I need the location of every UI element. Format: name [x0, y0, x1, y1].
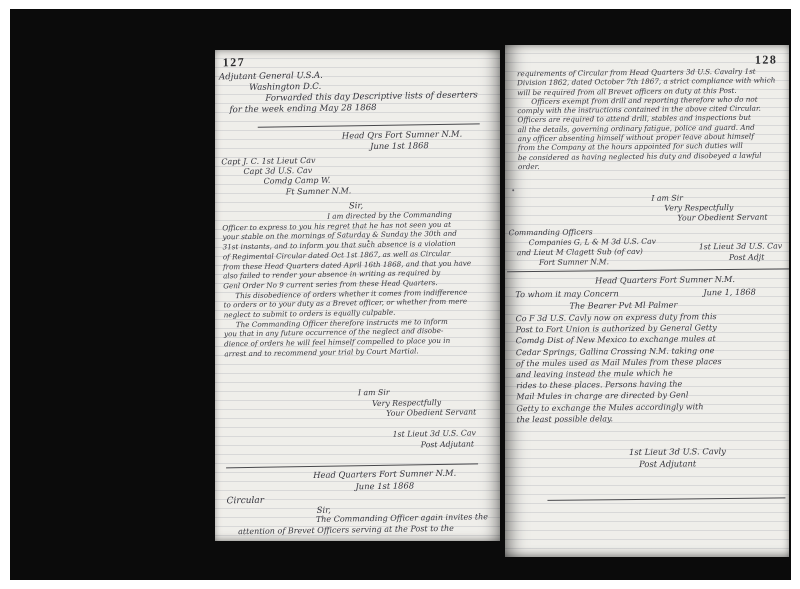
ledger-page-right: 128 requirements of Circular from Head Q…	[505, 45, 789, 557]
section-rule	[258, 123, 480, 127]
address-line: Ft Sumner N.M.	[286, 186, 352, 197]
folio-number-right: 128	[755, 52, 778, 67]
body-line: the least possible delay.	[517, 412, 723, 425]
salutation: Sir,	[349, 200, 363, 210]
closing-line: Your Obedient Servant	[386, 407, 476, 419]
section-rule	[547, 497, 785, 500]
dateline-place: Head Quarters Fort Sumner N.M.	[595, 274, 735, 285]
dateline: Head Quarters Fort Sumner N.M.	[595, 274, 735, 285]
folio-number-left: 127	[223, 55, 246, 70]
address-line: Fort Sumner N.M.	[539, 257, 656, 268]
dateline-date: June 1st 1868	[370, 140, 462, 152]
body-line: Getty to exchange the Mules accordingly …	[516, 401, 722, 414]
addressee-block: Capt J. C. 1st Lieut Cav Capt 3d U.S. Ca…	[221, 155, 351, 198]
signature-block: 1st Lieut 3d U.S. Cavly Post Adjutant	[621, 445, 726, 470]
dateline: Head Qrs Fort Sumner N.M. June 1st 1868	[342, 129, 463, 153]
closing-block: I am Sir Very Respectfully Your Obedient…	[358, 386, 476, 419]
letter-body: I am directed by the Commanding Officer …	[222, 209, 472, 358]
right-page-content: 128 requirements of Circular from Head Q…	[505, 45, 789, 557]
signature-block: 1st Lieut 3d U.S. Cav Post Adjt	[699, 240, 783, 263]
dateline-place: Head Quarters Fort Sumner N.M.	[313, 468, 456, 482]
closing-line: Your Obedient Servant	[677, 213, 767, 224]
ink-speck	[512, 189, 514, 191]
circular-body: The Commanding Officer again invites the…	[238, 511, 488, 537]
to-whom-line: To whom it may Concern	[515, 288, 619, 299]
signature-line: 1st Lieut 3d U.S. Cav	[393, 428, 476, 440]
dateline-date: June 1, 1868	[703, 287, 756, 298]
signature-line: Post Adjutant	[421, 439, 476, 450]
section-rule	[507, 268, 789, 272]
signature-line: Post Adjutant	[639, 457, 726, 470]
signature-line: Post Adjt	[729, 251, 782, 263]
ink-speck	[368, 240, 370, 242]
closing-block: I am Sir Very Respectfully Your Obedient…	[651, 193, 767, 224]
body-line: attention of Brevet Officers serving at …	[238, 522, 488, 537]
addressee-block: Commanding Officers Companies G, L & M 3…	[509, 227, 657, 269]
circular-body-continued: requirements of Circular from Head Quart…	[517, 66, 776, 171]
ledger-page-left: 127 Adjutant General U.S.A. Washington D…	[215, 50, 500, 541]
dateline-date: June 1st 1868	[355, 479, 456, 492]
scanner-backdrop: 127 Adjutant General U.S.A. Washington D…	[10, 9, 791, 580]
signature-line: 1st Lieut 3d U.S. Cavly	[629, 445, 726, 458]
pass-body: Co F 3d U.S. Cavly now on express duty f…	[515, 311, 722, 425]
signature-line: 1st Lieut 3d U.S. Cav	[699, 240, 782, 252]
letter-heading: Adjutant General U.S.A. Washington D.C. …	[219, 68, 478, 116]
dateline: Head Quarters Fort Sumner N.M. June 1st …	[313, 468, 456, 493]
left-page-content: 127 Adjutant General U.S.A. Washington D…	[215, 50, 500, 541]
bearer-line: The Bearer Pvt Ml Palmer	[569, 300, 677, 311]
ink-speck	[518, 375, 520, 377]
circular-label: Circular	[227, 496, 265, 507]
signature-block: 1st Lieut 3d U.S. Cav Post Adjutant	[393, 428, 477, 450]
